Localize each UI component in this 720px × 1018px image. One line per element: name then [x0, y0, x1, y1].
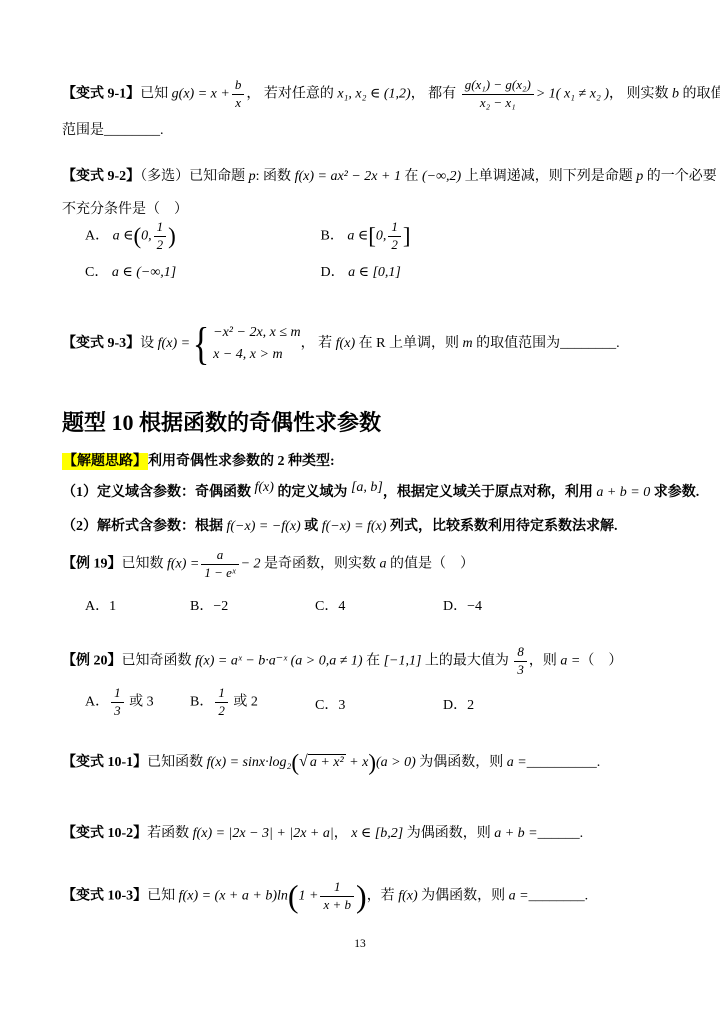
text-run: 为偶函数，则 — [403, 826, 494, 841]
math-run: > 1( x₁ ≠ x₂ ) — [536, 87, 609, 102]
text-run: 为偶函数，则 — [416, 755, 507, 770]
fraction: 13 — [111, 686, 124, 719]
math-run: a = — [509, 889, 529, 904]
math-run: a = — [560, 654, 580, 669]
math-run: (−∞,2) — [422, 169, 461, 184]
denominator: 1 − eˣ — [201, 564, 238, 581]
close-paren: ) — [368, 750, 376, 775]
method-point-2: （2）解析式含参数：根据 f(−x) = −f(x) 或 f(−x) = f(x… — [62, 515, 668, 535]
method-text: 利用奇偶性求参数的 2 种类型: — [148, 454, 335, 469]
math-run: x ∈ [b,2] — [351, 826, 403, 841]
answer-blank-line: 范围是________. — [62, 119, 668, 139]
problem-label: 【变式 9-1】 — [62, 87, 140, 102]
method-point-1: （1）定义域含参数：奇偶函数 f(x) 的定义域为 [a, b]，根据定义域关于… — [62, 481, 668, 501]
fraction: a1 − eˣ — [201, 548, 238, 581]
problem-label: 【变式 9-2】 — [62, 169, 140, 184]
denominator: 2 — [215, 702, 228, 719]
text-run: （ ） — [580, 654, 622, 669]
numerator: 1 — [154, 220, 167, 236]
math-run: x₁, x₂ ∈ (1,2) — [337, 87, 410, 102]
math-run: a + b = 0 — [596, 485, 650, 500]
fraction: g(x₁) − g(x₂)x₂ − x₁ — [462, 78, 534, 111]
example-19: 【例 19】已知数 f(x) =a1 − eˣ− 2 是奇函数，则实数 a 的值… — [62, 548, 668, 581]
options-ex20: A．13 或 3 B．12 或 2 C．3 D．2 — [62, 686, 668, 722]
problem-label: 【变式 9-3】 — [62, 336, 140, 351]
problem-variant-9-3: 【变式 9-3】设 f(x) ={−x² − 2x, x ≤ mx − 4, x… — [62, 322, 668, 365]
math-run: a + b = — [494, 826, 537, 841]
text-run: （2）解析式含参数：根据 — [62, 519, 227, 534]
math-run: a ∈ [0,1] — [348, 265, 401, 280]
math-run: f(x) — [255, 480, 274, 495]
math-run: f(x) — [398, 889, 417, 904]
numerator: 1 — [320, 880, 354, 896]
problem-line: 【例 20】已知奇函数 f(x) = aˣ − b·a⁻ˣ (a > 0,a ≠… — [62, 645, 668, 678]
answer-blank: ______. — [538, 826, 584, 841]
fraction: 12 — [154, 220, 167, 253]
option-letter: A． — [85, 695, 109, 710]
option-letter: A． — [85, 229, 109, 244]
case-2: x − 4, x > m — [213, 344, 301, 366]
math-run: a ∈ — [347, 229, 368, 244]
math-run: m — [462, 336, 472, 351]
denominator: 3 — [514, 661, 527, 678]
math-run: + x — [346, 755, 369, 770]
text-run: ， 若对任意的 — [246, 87, 337, 102]
text-run: 已知数 — [122, 557, 168, 572]
math-run: 1 + — [299, 889, 319, 904]
fraction: 1x + b — [320, 880, 354, 913]
text-run: 设 — [140, 336, 158, 351]
text-run: 在 — [401, 169, 422, 184]
text-run: 或 — [301, 519, 322, 534]
text-run: 已知 — [147, 889, 179, 904]
math-run: b — [672, 87, 679, 102]
math-run: g(x) = x + — [172, 87, 230, 102]
math-run: f(x) = ax² − 2x + 1 — [295, 169, 401, 184]
option-letter: B． — [321, 229, 344, 244]
denominator: 2 — [388, 236, 401, 253]
text-run: 或 2 — [230, 695, 258, 710]
text-run: 列式，比较系数利用待定系数法求解. — [386, 519, 617, 534]
numerator: 1 — [388, 220, 401, 236]
text-run: ， 则实数 — [609, 87, 672, 102]
math-run: f(x) = (x + a + b)ln — [179, 889, 288, 904]
option-letter: C． — [85, 265, 108, 280]
text-run: 若函数 — [147, 826, 193, 841]
problem-line: 【变式 9-2】（多选）已知命题 p: 函数 f(x) = ax² − 2x +… — [62, 165, 668, 185]
problem-variant-9-1: 【变式 9-1】已知 g(x) = x +bx， 若对任意的 x₁, x₂ ∈ … — [62, 78, 668, 139]
piecewise-brace: { — [193, 323, 210, 364]
close-paren: ) — [168, 224, 176, 249]
text-run: ， — [334, 826, 352, 841]
option-C: C．4 — [315, 595, 345, 615]
denominator: x + b — [320, 896, 354, 913]
math-run: f(−x) = f(x) — [322, 519, 387, 534]
radical-icon: √ — [299, 753, 308, 770]
open-paren: ( — [291, 750, 299, 775]
case-1: −x² − 2x, x ≤ m — [213, 322, 301, 344]
math-run: f(x) = — [158, 336, 190, 351]
option-D: D．2 — [443, 694, 474, 714]
problem-line: 【变式 9-3】设 f(x) ={−x² − 2x, x ≤ mx − 4, x… — [62, 322, 668, 365]
option-C: C．3 — [315, 694, 345, 714]
option-D: D． a ∈ [0,1] — [321, 261, 401, 281]
answer-blank: ________. — [560, 336, 620, 351]
text-run: 求参数. — [650, 485, 699, 500]
option-letter: D． — [321, 265, 345, 280]
text-run: ， 都有 — [411, 87, 460, 102]
answer-blank: ________. — [529, 889, 589, 904]
options-ex19: A．1 B．−2 C．4 D．−4 — [62, 595, 668, 617]
text-run: 已知奇函数 — [122, 654, 196, 669]
math-run: − 2 — [241, 557, 261, 572]
text-run: 的值是（ ） — [387, 557, 475, 572]
numerator: g(x₁) − g(x₂) — [462, 78, 534, 94]
option-B: B． a ∈[0,12] — [321, 220, 411, 253]
math-run: [a, b] — [351, 480, 383, 495]
open-bracket: [ — [368, 224, 376, 249]
math-run: (a > 0) — [376, 755, 416, 770]
numerator: 1 — [215, 686, 228, 702]
option-A: A．13 或 3 — [85, 686, 154, 719]
math-run: 0, — [376, 229, 387, 244]
option-B: B．12 或 2 — [190, 686, 258, 719]
options-row-1: A． a ∈(0,12) B． a ∈[0,12] — [85, 220, 665, 253]
fraction: 12 — [388, 220, 401, 253]
problem-line: 不充分条件是（ ） — [62, 198, 668, 218]
problem-line: 【例 19】已知数 f(x) =a1 − eˣ− 2 是奇函数，则实数 a 的值… — [62, 548, 668, 581]
answer-blank: __________. — [527, 755, 601, 770]
close-paren: ) — [356, 878, 367, 914]
option-C: C． a ∈ (−∞,1] — [85, 261, 317, 281]
text-run: （1）定义域含参数：奇偶函数 — [62, 485, 255, 500]
method-label-highlight: 【解题思路】 — [62, 453, 148, 470]
fraction: 12 — [215, 686, 228, 719]
method-note: 【解题思路】利用奇偶性求参数的 2 种类型: — [62, 450, 668, 470]
math-run: a = — [507, 755, 527, 770]
math-run: f(x) = aˣ − b·a⁻ˣ (a > 0,a ≠ 1) — [195, 654, 363, 669]
example-20: 【例 20】已知奇函数 f(x) = aˣ − b·a⁻ˣ (a > 0,a ≠… — [62, 645, 668, 678]
text-run: 为偶函数，则 — [418, 889, 509, 904]
option-letter: B． — [190, 695, 213, 710]
text-run: ，若 — [367, 889, 399, 904]
section-heading: 题型 10 根据函数的奇偶性求参数 — [62, 406, 668, 437]
text-run: ，根据定义域关于原点对称，利用 — [383, 485, 597, 500]
text-run: ， 若 — [301, 336, 336, 351]
problem-line: 【变式 9-1】已知 g(x) = x +bx， 若对任意的 x₁, x₂ ∈ … — [62, 78, 668, 111]
numerator: b — [232, 78, 245, 94]
problem-label: 【变式 10-2】 — [62, 826, 147, 841]
denominator: 3 — [111, 702, 124, 719]
text-run: 上的最大值为 — [421, 654, 512, 669]
text-run: ，则 — [529, 654, 561, 669]
problem-variant-10-3: 【变式 10-3】已知 f(x) = (x + a + b)ln(1 +1x +… — [62, 880, 668, 913]
numerator: a — [201, 548, 238, 564]
problem-label: 【例 19】 — [62, 557, 122, 572]
radicand: a + x² — [308, 754, 346, 771]
text-run: （多选）已知命题 — [140, 169, 249, 184]
problem-variant-10-2: 【变式 10-2】若函数 f(x) = |2x − 3| + |2x + a|，… — [62, 822, 668, 842]
options-9-2: A． a ∈(0,12) B． a ∈[0,12] C． a ∈ (−∞,1] … — [85, 220, 665, 281]
text-run: 在 — [363, 654, 384, 669]
problem-variant-9-2: 【变式 9-2】（多选）已知命题 p: 函数 f(x) = ax² − 2x +… — [62, 165, 668, 218]
problem-label: 【变式 10-3】 — [62, 889, 147, 904]
math-run: a ∈ — [113, 229, 134, 244]
piecewise-cases: −x² − 2x, x ≤ mx − 4, x > m — [213, 322, 301, 365]
numerator: 8 — [514, 645, 527, 661]
text-run: 或 3 — [126, 695, 154, 710]
math-run: f(x) = |2x − 3| + |2x + a| — [193, 826, 334, 841]
option-B: B．−2 — [190, 595, 228, 615]
text-run: 的取值 — [679, 87, 720, 102]
option-D: D．−4 — [443, 595, 482, 615]
math-run: f(x) = sinx·log₂ — [207, 755, 292, 770]
fraction: bx — [232, 78, 245, 111]
math-run: f(−x) = −f(x) — [227, 519, 301, 534]
options-row-2: C． a ∈ (−∞,1] D． a ∈ [0,1] — [85, 261, 665, 281]
text-run: 已知 — [140, 87, 172, 102]
fraction: 83 — [514, 645, 527, 678]
text-run: 在 R 上单调，则 — [355, 336, 462, 351]
problem-label: 【变式 10-1】 — [62, 755, 147, 770]
denominator: x₂ − x₁ — [462, 94, 534, 111]
close-bracket: ] — [403, 224, 411, 249]
math-run: a — [380, 557, 387, 572]
math-run: f(x) — [336, 336, 355, 351]
math-run: a ∈ (−∞,1] — [112, 265, 176, 280]
option-A: A． a ∈(0,12) — [85, 220, 317, 253]
math-run: p — [249, 169, 256, 184]
text-run: 已知函数 — [147, 755, 207, 770]
math-run: 0, — [141, 229, 152, 244]
numerator: 1 — [111, 686, 124, 702]
text-run: 的一个必要 — [643, 169, 717, 184]
denominator: 2 — [154, 236, 167, 253]
option-A: A．1 — [85, 595, 116, 615]
denominator: x — [232, 94, 245, 111]
math-run: [−1,1] — [384, 654, 422, 669]
problem-label: 【例 20】 — [62, 654, 122, 669]
text-run: : 函数 — [256, 169, 295, 184]
math-run: f(x) = — [167, 557, 199, 572]
text-run: 是奇函数，则实数 — [261, 557, 380, 572]
problem-variant-10-1: 【变式 10-1】已知函数 f(x) = sinx·log₂(√a + x² +… — [62, 750, 668, 776]
page-number: 13 — [0, 938, 720, 950]
open-paren: ( — [288, 878, 299, 914]
text-run: 的取值范围为 — [473, 336, 561, 351]
text-run: 上单调递减，则下列是命题 — [461, 169, 636, 184]
worksheet-page: 【变式 9-1】已知 g(x) = x +bx， 若对任意的 x₁, x₂ ∈ … — [0, 0, 720, 1018]
text-run: 的定义域为 — [274, 485, 351, 500]
